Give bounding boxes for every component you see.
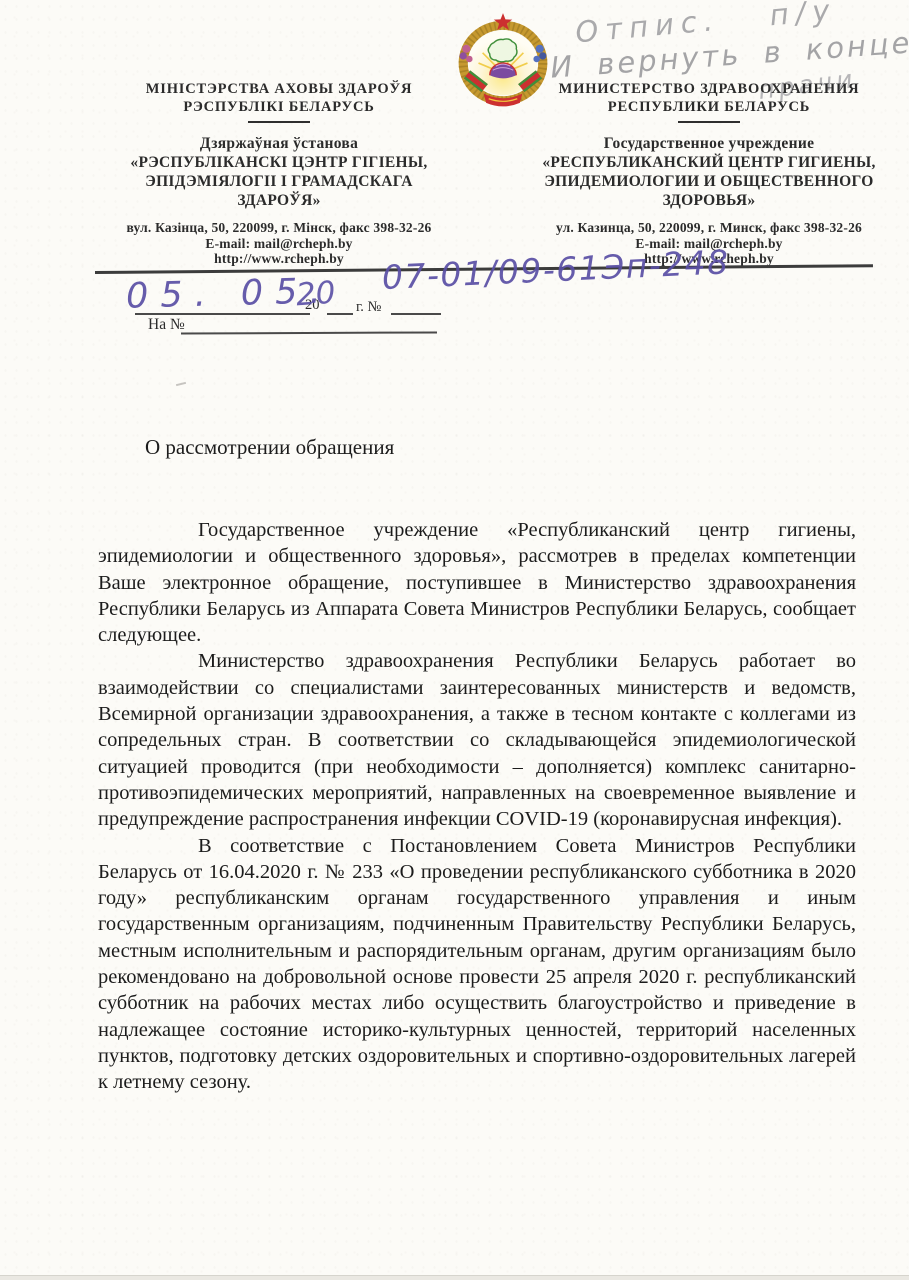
org-type-ru: Государственное учреждение [520,134,898,153]
org-name-by-line2: ЭПІДЭМІЯЛОГІІ І ГРАМАДСКАГА [100,172,458,191]
on-number-underline [181,331,437,334]
org-type-by: Дзяржаўная ўстанова [100,134,458,153]
scan-speck [176,382,186,386]
paragraph-3: В соответствие с Постановлением Совета М… [98,833,856,1096]
address-ru: ул. Казинца, 50, 220099, г. Минск, факс … [520,220,898,236]
address-by: вул. Казінца, 50, 220099, г. Мінск, факс… [100,220,458,236]
org-name-ru-line2: ЭПИДЕМИОЛОГИИ И ОБЩЕСТВЕННОГО [520,172,898,191]
scan-bottom-edge [0,1275,909,1280]
email-by: E-mail: mail@rcheph.by [100,236,458,252]
letterhead-right: МИНИСТЕРСТВО ЗДРАВООХРАНЕНИЯ РЕСПУБЛИКИ … [520,80,898,267]
divider-rule [248,121,310,123]
scanned-letter-page: Отпис. п/у И вернуть в конце прачи [0,0,909,1280]
ministry-name-by-line2: РЭСПУБЛІКІ БЕЛАРУСЬ [100,98,458,116]
divider-rule [678,121,740,123]
org-name-by-line3: ЗДАРОЎЯ» [100,191,458,210]
org-name-ru-line3: ЗДОРОВЬЯ» [520,191,898,210]
subject-line: О рассмотрении обращения [145,435,394,460]
letter-body: Государственное учреждение «Республиканс… [98,517,856,1096]
org-name-ru-line1: «РЕСПУБЛИКАНСКИЙ ЦЕНТР ГИГИЕНЫ, [520,153,898,172]
on-number-label: На № [148,316,185,334]
printed-year-label: г. № [356,299,381,316]
ministry-name-ru-line2: РЕСПУБЛИКИ БЕЛАРУСЬ [520,98,898,116]
number-underline [391,313,441,315]
org-name-by-line1: «РЭСПУБЛІКАНСКІ ЦЭНТР ГІГІЕНЫ, [100,153,458,172]
handwritten-year: 20 [295,275,337,314]
ministry-name-by-line1: МІНІСТЭРСТВА АХОВЫ ЗДАРОЎЯ [100,80,458,98]
paragraph-1: Государственное учреждение «Республиканс… [98,517,856,648]
letterhead-left: МІНІСТЭРСТВА АХОВЫ ЗДАРОЎЯ РЭСПУБЛІКІ БЕ… [100,80,458,267]
paragraph-2: Министерство здравоохранения Республики … [98,648,856,832]
year-underline [327,313,353,315]
ministry-name-ru-line1: МИНИСТЕРСТВО ЗДРАВООХРАНЕНИЯ [520,80,898,98]
